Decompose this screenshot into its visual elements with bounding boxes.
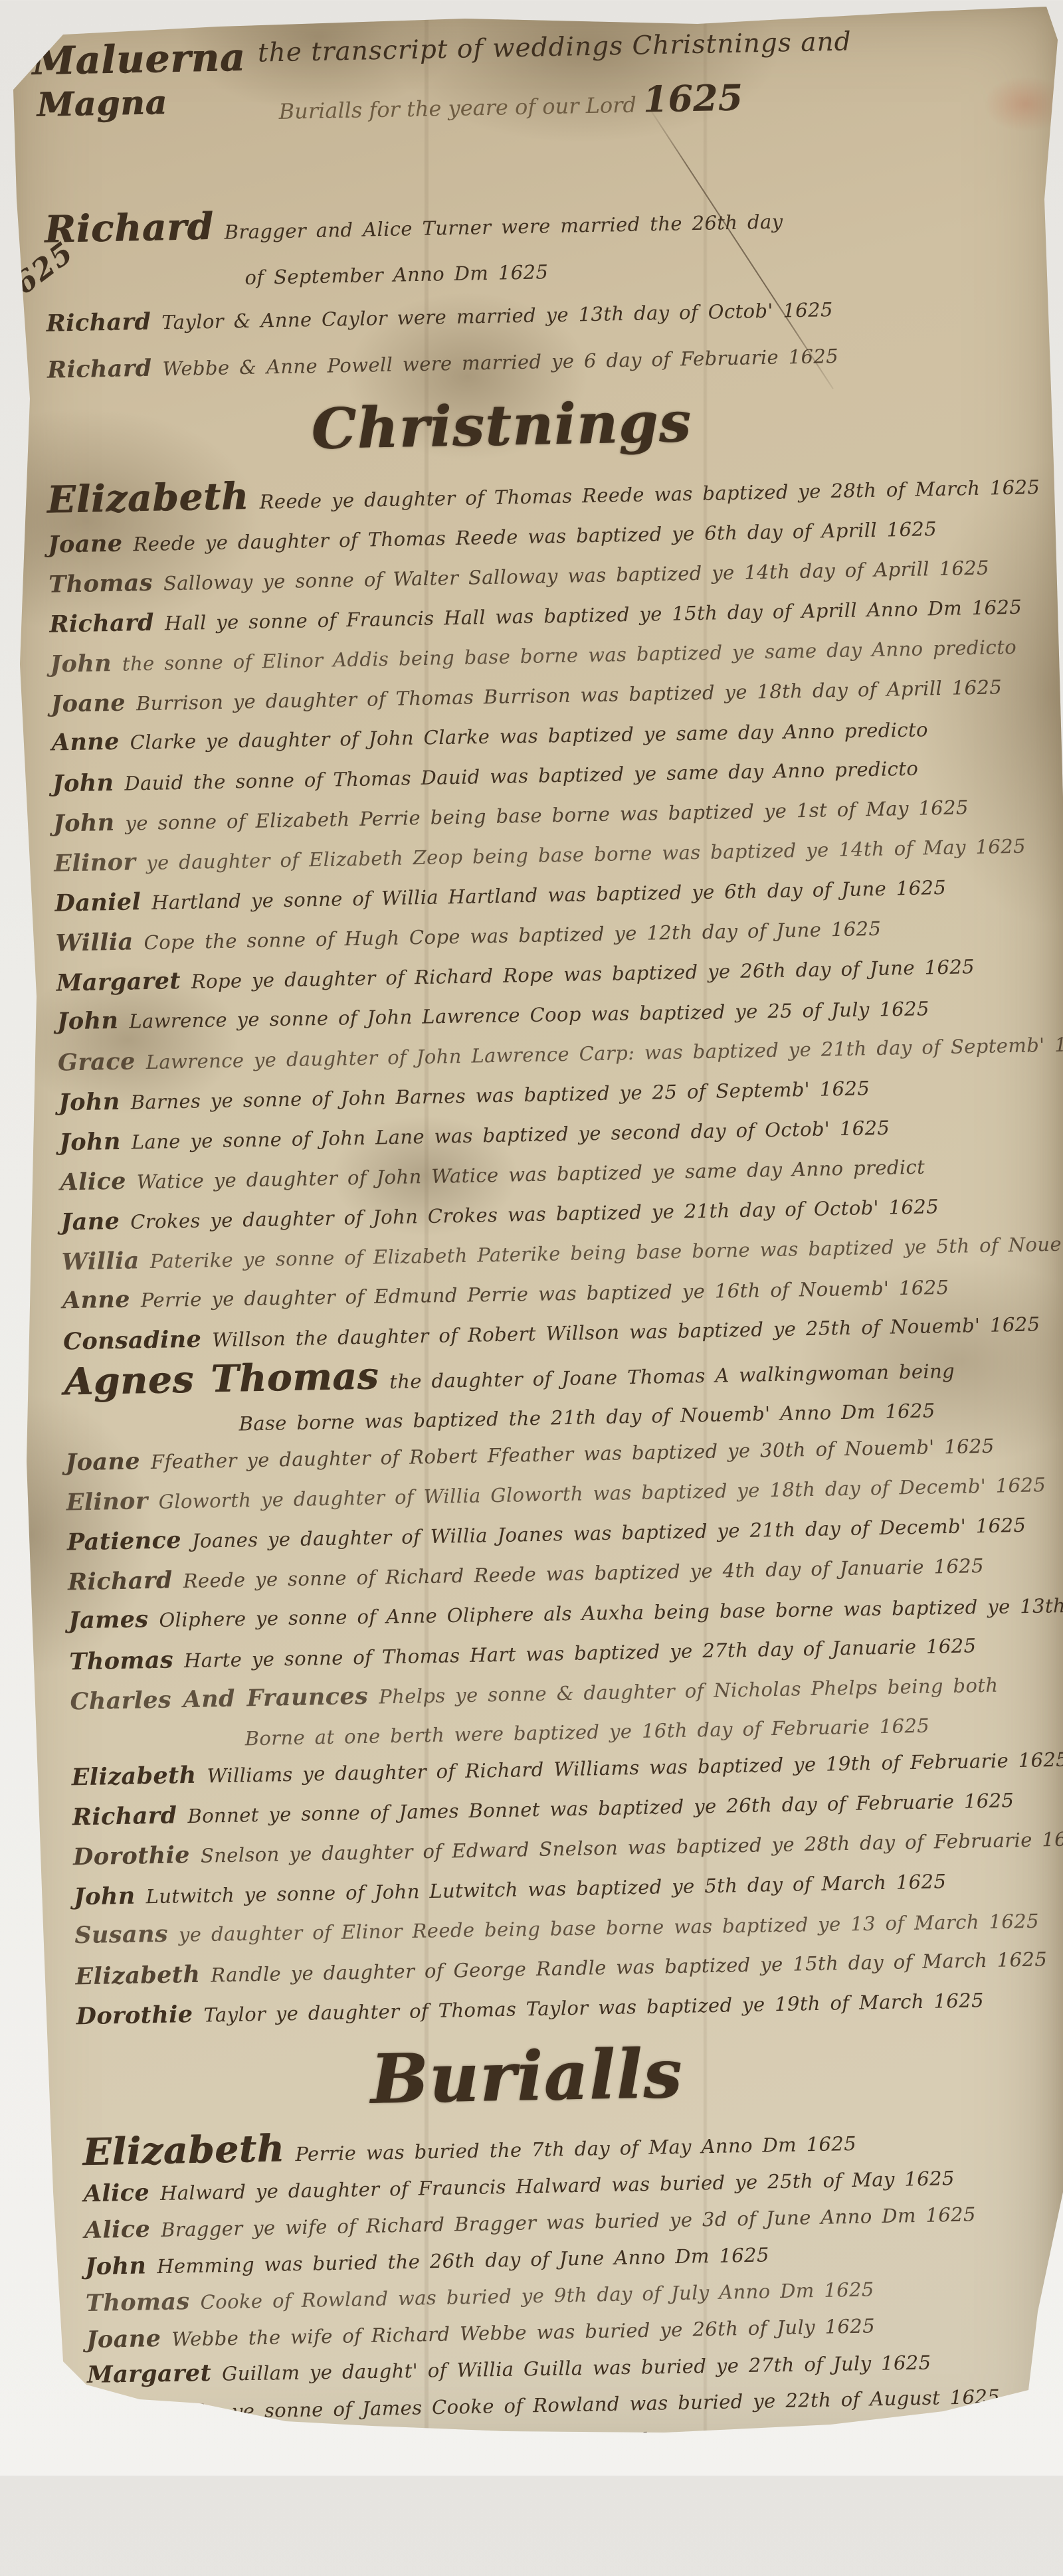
entry-text: Saundey vid: was buried the first of Sep… bbox=[224, 2462, 766, 2476]
entry-name: Thomas bbox=[48, 569, 153, 598]
entry-name: Richard bbox=[47, 355, 152, 384]
entry-text: the daughter of Joane Thomas A walkingwo… bbox=[389, 1360, 955, 1393]
entry-name: Patience bbox=[67, 1527, 182, 1556]
entry-text: Reede ye sonne of Richard Reede was bapt… bbox=[183, 1554, 984, 1592]
section-heading-christnings: Christnings bbox=[39, 386, 965, 465]
document-header: Maluerna Magna the transcript of wedding… bbox=[31, 21, 985, 203]
entry-name: John bbox=[74, 1883, 136, 1911]
entry-text: Taylor ye daughter of Thomas Taylor was … bbox=[203, 1989, 984, 2027]
title-line2: Burialls for the yeare of our Lord 1625 bbox=[278, 74, 853, 128]
entry-name: John bbox=[53, 809, 115, 838]
entry-name: John bbox=[59, 1128, 121, 1156]
entry-name: Richard bbox=[88, 2434, 193, 2463]
entry-text: Webbe & Anne Powell were married ye 6 da… bbox=[162, 345, 838, 381]
entry-name: Jane bbox=[60, 1208, 120, 1236]
parish-name: Maluerna Magna bbox=[31, 35, 258, 125]
entry-text: Watice ye daughter of John Watice was ba… bbox=[137, 1156, 925, 1194]
entry-name: Richard bbox=[46, 308, 151, 337]
photo-background: Maluerna Magna the transcript of wedding… bbox=[0, 0, 1063, 2476]
entry-name: Willia bbox=[55, 929, 134, 957]
entry-text: Harte ye sonne of Thomas Hart was baptiz… bbox=[184, 1635, 977, 1673]
entry-name: Alice bbox=[84, 2215, 150, 2244]
entry-text: ye daughter of Elinor Reede being base b… bbox=[179, 1910, 1039, 1946]
entry-name: Margaret bbox=[56, 967, 181, 997]
entry-name: Agnes Thomas bbox=[64, 1354, 379, 1404]
entry-name: Richard bbox=[49, 609, 154, 638]
entry-name: Alice bbox=[60, 1168, 126, 1196]
entry-name: John bbox=[84, 2252, 146, 2280]
parish-name-line1: Maluerna bbox=[31, 35, 258, 85]
register-content: Maluerna Magna the transcript of wedding… bbox=[31, 21, 1031, 2476]
entry-text: Guillam ye daught' of Willia Guilla was … bbox=[222, 2351, 931, 2385]
entry-text: Cooke of Rowland was buried ye 9th day o… bbox=[200, 2278, 874, 2313]
entry-text: Reede ye daughter of Thomas Reede was ba… bbox=[133, 517, 937, 555]
entry-text: ye sonne of Elizabeth Perrie being base … bbox=[125, 796, 969, 835]
entry-name: Anne bbox=[52, 728, 120, 757]
entry-text: Salloway ye sonne of Walter Salloway was… bbox=[163, 557, 990, 595]
parchment-document: Maluerna Magna the transcript of wedding… bbox=[0, 0, 1063, 2476]
burialls-section: ElizabethPerrie was buried the 7th day o… bbox=[82, 2118, 1031, 2476]
entry-name: Grace bbox=[58, 1048, 136, 1077]
entry-name: Elizabeth bbox=[71, 1762, 197, 1792]
entry-name: Richard bbox=[72, 1802, 177, 1831]
title-year: 1625 bbox=[642, 76, 743, 121]
entry-name: John bbox=[88, 2398, 149, 2427]
entry-text: Perrie ye daughter of Edmund Perrie was … bbox=[141, 1276, 949, 1312]
entry-name: John bbox=[58, 1088, 120, 1117]
document-title: the transcript of weddings Christnings a… bbox=[257, 23, 852, 128]
entry-name: Daniel bbox=[54, 889, 142, 917]
entry-text: Randle ye daughter of George Randle was … bbox=[211, 1948, 1047, 1987]
entry-name: Thomas bbox=[69, 1647, 173, 1676]
entry-name: Joane bbox=[65, 1448, 140, 1477]
register-line: RichardBragger and Alice Turner were mar… bbox=[44, 191, 987, 303]
entry-name: Alice bbox=[83, 2179, 149, 2207]
entry-name: Charles And Fraunces bbox=[70, 1683, 368, 1716]
christnings-section: ElizabethReede ye daughter of Thomas Ree… bbox=[47, 464, 1021, 2039]
entry-text: Barnes ye sonne of John Barnes was bapti… bbox=[130, 1077, 870, 1114]
entry-name: Richard bbox=[68, 1567, 173, 1596]
entry-name: Elinor bbox=[54, 849, 136, 877]
entry-name: Elizabeth bbox=[82, 2126, 285, 2174]
entry-text: Dauid the sonne of Thomas Dauid was bapt… bbox=[124, 757, 918, 795]
section-heading-burialls: Burialls bbox=[70, 2031, 983, 2124]
entry-text: Hartland ye sonne of Willia Hartland was… bbox=[151, 876, 947, 914]
entry-name: Dorothie bbox=[73, 1841, 191, 1871]
entry-name: Richard bbox=[44, 205, 214, 252]
entry-text: Webbe the wife of Richard Webbe was buri… bbox=[171, 2314, 875, 2350]
entry-text: Cope the sonne of Hugh Cope was baptized… bbox=[144, 917, 881, 954]
entry-text: Hall ye sonne of Frauncis Hall was burie… bbox=[203, 2423, 905, 2459]
entry-text: Bragger and Alice Turner were married th… bbox=[224, 210, 783, 243]
entry-name: Elinor bbox=[66, 1488, 148, 1517]
entry-name: John bbox=[57, 1007, 119, 1035]
entry-text: Ffeather ye daughter of Robert Ffeather … bbox=[151, 1435, 995, 1473]
entry-name: Dorothie bbox=[76, 2001, 193, 2030]
title-line2-text: Burialls for the yeare of our Lord bbox=[278, 92, 636, 124]
entry-name: John bbox=[50, 650, 112, 678]
entry-name: Consadine bbox=[63, 1326, 202, 1356]
entry-text: Lane ye sonne of John Lane was baptized … bbox=[131, 1117, 890, 1154]
entry-text: Willson the daughter of Robert Willson w… bbox=[212, 1313, 1040, 1352]
entry-text: Perrie was buried the 7th day of May Ann… bbox=[295, 2132, 856, 2165]
entry-text: Reede ye daughter of Thomas Reede was ba… bbox=[259, 476, 1040, 513]
entry-text: Clarke ye daughter of John Clarke was ba… bbox=[130, 719, 929, 754]
entry-name: Margaret bbox=[89, 2470, 214, 2476]
weddings-section: RichardBragger and Alice Turner were mar… bbox=[44, 191, 989, 396]
entry-text: Hemming was buried the 26th day of June … bbox=[157, 2243, 769, 2278]
entry-text: Rope ye daughter of Richard Rope was bap… bbox=[191, 955, 975, 993]
parish-name-line2: Magna bbox=[37, 80, 259, 124]
entry-text: Bonnet ye sonne of James Bonnet was bapt… bbox=[187, 1790, 1015, 1828]
entry-text: Phelps ye sonne & daughter of Nicholas P… bbox=[379, 1674, 999, 1708]
entry-name: Thomas bbox=[86, 2288, 190, 2317]
entry-name: Joane bbox=[48, 530, 123, 559]
entry-name: John bbox=[52, 769, 114, 798]
entry-text: Lawrence ye sonne of John Lawrence Coop … bbox=[129, 998, 929, 1033]
entry-text: Taylor & Anne Caylor were married ye 13t… bbox=[161, 298, 833, 333]
entry-name: Margaret bbox=[87, 2359, 212, 2388]
entry-name: Susans bbox=[74, 1920, 168, 1949]
entry-name: Joane bbox=[86, 2325, 161, 2353]
entry-name: Joane bbox=[50, 690, 126, 718]
entry-name: Anne bbox=[62, 1286, 131, 1315]
entry-name: Willia bbox=[61, 1247, 140, 1276]
entry-name: James bbox=[68, 1606, 149, 1635]
entry-name: Elizabeth bbox=[47, 474, 249, 522]
entry-name: Elizabeth bbox=[75, 1961, 201, 1991]
title-line1: the transcript of weddings Christnings a… bbox=[258, 27, 852, 68]
register-line: MargaretSaundey vid: was buried the firs… bbox=[89, 2452, 1030, 2476]
